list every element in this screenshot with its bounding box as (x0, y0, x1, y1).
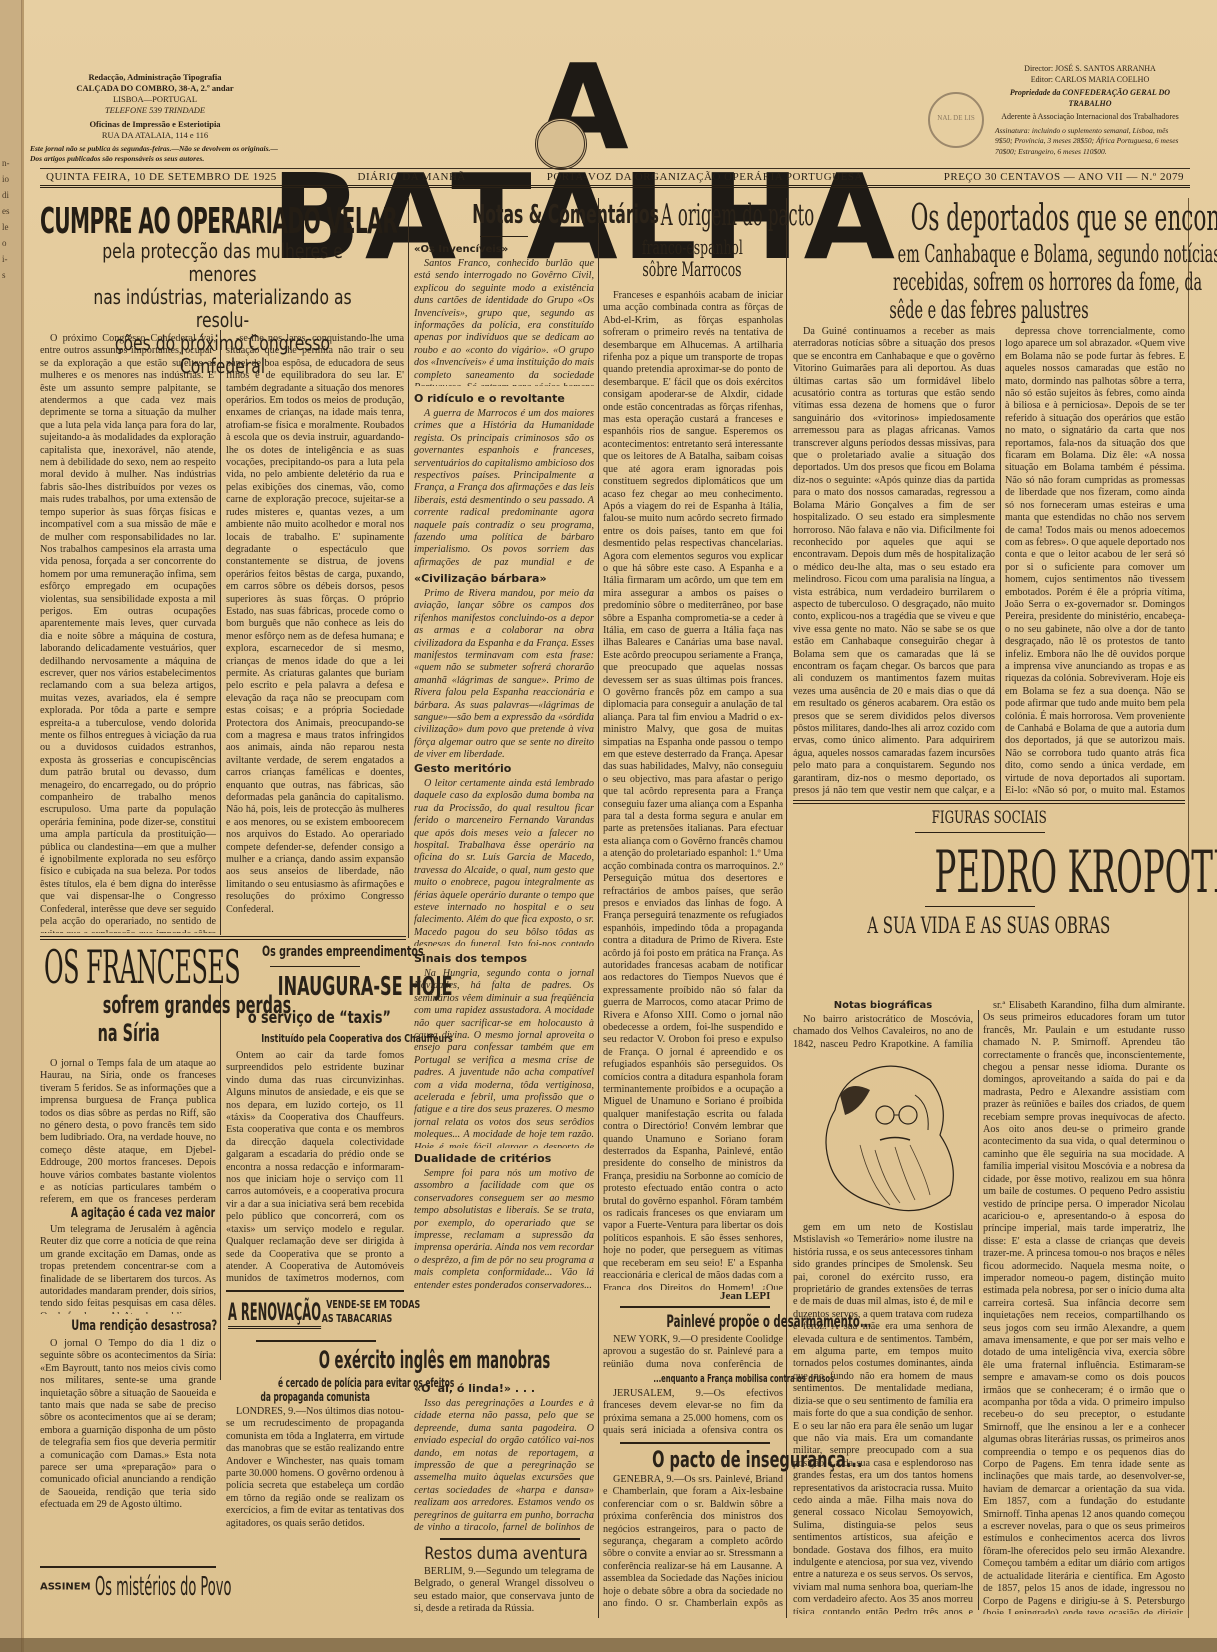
article-body: Franceses e espanhóis acabam de iniciar … (603, 290, 783, 1290)
ornamental-rule (620, 1442, 770, 1444)
article-body: GENEBRA, 9.—Os srs. Painlevé, Briand e C… (603, 1474, 783, 1610)
deck-taxis: o serviço de “taxis” (224, 1008, 404, 1028)
tagline: PORTA-VOZ DA ORGANIZAÇÃO OPERÁRIA PORTUG… (547, 171, 863, 183)
subscription-rates: Assinatura: incluindo o suplemento seman… (995, 126, 1185, 158)
article-body: Na Hungria, segundo conta o jornal Novid… (414, 968, 594, 1148)
ad-title: Os mistérios do Povo (95, 1572, 231, 1602)
margin-fragment: o (2, 235, 21, 251)
publication-note: Este jornal não se publica às segundas-f… (30, 144, 280, 164)
deck-line: sêde e das febres palustres (889, 296, 1088, 324)
deck-line: sôbre Marrocos (642, 258, 741, 280)
article-body: sr.ª Elisabeth Karandino, filha dum almi… (983, 1000, 1185, 1614)
deck-kropotkine: A SUA VIDA E AS SUAS OBRAS (790, 914, 1188, 939)
author-signature: Jean LEPI (720, 1290, 770, 1302)
article-body: O jornal O Tempo do dia 1 diz o seguinte… (40, 1338, 216, 1556)
ad-misterios[interactable]: ASSINEM Os mistérios do Povo (40, 1572, 218, 1606)
headline-deportados: Os deportados que se encontram (790, 198, 1188, 239)
article-body: Primo de Rivera mandou, por meio da avia… (414, 588, 594, 758)
deck-line: na Síria (98, 1020, 160, 1048)
masthead-left-block: Redacção, Administração Tipografia CALÇA… (30, 72, 280, 164)
kicker-figuras-sociais: FIGURAS SOCIAIS (790, 808, 1188, 828)
article-body: Isso das peregrinações a Lourdes e à cid… (414, 1398, 594, 1534)
article-body: Santos Franco, conhecido burlão que está… (414, 258, 594, 386)
article-body: depressa chove torrencialmente, como log… (1005, 326, 1185, 796)
masthead-right-block: Director: JOSÉ S. SANTOS ARRANHA Editor:… (995, 64, 1185, 157)
kicker-text: Os grandes empreendimentos (262, 944, 424, 960)
ornamental-rule (620, 1306, 770, 1308)
article-body: Da Guiné continuamos a receber as mais a… (793, 326, 995, 796)
ornamental-rule (440, 1538, 580, 1540)
deck-line: nas indústrias, materializando as resolu… (80, 286, 365, 332)
subheading: «Os Invencíveis» (414, 244, 508, 255)
edition: DIÁRIO DA MANHÃ (358, 171, 466, 183)
margin-fragment: es (2, 203, 21, 219)
section-divider (40, 1566, 216, 1568)
kicker-rule (915, 832, 1045, 833)
adjacent-page-margin: n- io di es le o i- s (0, 0, 22, 1652)
print-shop-address: RUA DA ATALAIA, 114 e 116 (30, 130, 280, 141)
sub-deck-taxis: Instituído pela Cooperativa dos Chauffeu… (224, 1032, 404, 1045)
ad-renovacao[interactable]: A RENOVAÇÃO VENDE-SE EM TODAS AS TABACAR… (226, 1296, 404, 1338)
subheading: O ridículo e o revoltante (414, 392, 565, 405)
headline-inseguranca: O pacto de insegurança... (598, 1448, 786, 1473)
headline-text: PEDRO KROPOTKINE (934, 838, 1217, 906)
deck-text: A SUA VIDA E AS SUAS OBRAS (867, 914, 1110, 939)
headline-kropotkine: PEDRO KROPOTKINE (790, 838, 1188, 906)
deck-deportados: em Canhabaque e Bolama, segundo notícias… (790, 240, 1188, 324)
article-body: A guerra de Marrocos é um dos maiores cr… (414, 408, 594, 568)
subheading: Dualidade de critérios (414, 1152, 551, 1165)
subheading: Notas biográficas (793, 1000, 973, 1011)
margin-fragment: io (2, 171, 21, 187)
deck-line: da propaganda comunista (260, 1390, 369, 1404)
section-divider (793, 800, 1185, 804)
street-address: CALÇADA DO COMBRO, 38-A, 2.º andar (30, 83, 280, 94)
article-body: Sempre foi para nós um motivo de assombr… (414, 1168, 594, 1376)
subheading-text: A agitação é cada vez maior (71, 1206, 215, 1221)
kicker-rule (270, 966, 360, 967)
page-bottom-edge (0, 1638, 1217, 1652)
price-issue-number: PREÇO 30 CENTAVOS — ANO VII — N.º 2079 (944, 171, 1184, 183)
article-body: O próximo Congresso Confederal vai, entr… (40, 333, 216, 933)
headline-notas: Notas & Comentários (410, 200, 598, 230)
page-edge (1188, 198, 1189, 1618)
city: LISBOA—PORTUGAL (30, 94, 280, 105)
heading-rule (480, 236, 528, 237)
article-body: Um telegrama de Jerusalém à agência Reut… (40, 1224, 216, 1314)
print-shop-label: Oficinas de Impressão e Esteriotipia (30, 119, 280, 130)
subheading: «O' ai, ó linda!» . . . (414, 1382, 535, 1395)
issue-date: QUINTA FEIRA, 10 DE SETEMBRO DE 1925 (46, 171, 277, 183)
subheading: Gesto meritório (414, 762, 511, 775)
headline-text: Os deportados que se encontram (911, 198, 1217, 239)
subheading-text: Uma rendição desastrosa? (71, 1318, 217, 1334)
margin-fragment: di (2, 187, 21, 203)
subheading: «Civilização bárbara» (414, 572, 547, 585)
headline-pacto: A origem do pacto (598, 198, 786, 233)
kicker: Os grandes empreendimentos (224, 944, 404, 960)
article-body: No bairro aristocrático de Moscóvia, cha… (793, 1014, 973, 1052)
headline-franceses: OS FRANCESES (44, 944, 240, 990)
headline-restos: Restos duma aventura (410, 1544, 598, 1564)
postmark-text: NAL DE LIS (937, 114, 974, 122)
subheading: Sinais dos tempos (414, 952, 527, 965)
section-divider (226, 1290, 404, 1292)
margin-fragment: le (2, 219, 21, 235)
article-body: NEW YORK, 9.—O presidente Coolidge aprov… (603, 1334, 783, 1372)
column-rule (598, 198, 599, 1618)
kropotkine-portrait-illustration (800, 1055, 980, 1220)
ad-prefix: ASSINEM (40, 1582, 91, 1593)
dateline-bar: QUINTA FEIRA, 10 DE SETEMBRO DE 1925 DIÁ… (40, 168, 1190, 188)
deck-exercito: é cercado de polícia para evitar os efei… (224, 1376, 406, 1404)
emblem-seal-icon (535, 118, 587, 170)
column-rule (220, 985, 221, 1380)
ad-line: AS TABACARIAS (322, 1312, 393, 1326)
deck-line: pela protecção das mulheres e menores (80, 240, 365, 286)
subheading: A agitação é cada vez maior (40, 1206, 216, 1221)
deck-franceses: sofrem grandes perdas na Síria (40, 992, 218, 1047)
article-body: gem em um neto de Kostislau Mstislavish … (793, 1222, 973, 1614)
article-body: O jornal o Temps fala de um ataque ao Ha… (40, 1058, 216, 1204)
column-rule (220, 330, 221, 935)
kicker-text: FIGURAS SOCIAIS (931, 808, 1046, 828)
headline-operariado: CUMPRE AO OPERARIADO VELAR (40, 204, 397, 240)
headline-painleve: Painlevé propõe o desarmamento... (598, 1312, 786, 1332)
postmark-stamp: NAL DE LIS (928, 92, 984, 148)
margin-fragment: s (2, 267, 21, 283)
margin-fragment: n- (2, 155, 21, 171)
director: Director: JOSÉ S. SANTOS ARRANHA (995, 64, 1185, 75)
telephone: TELEFONE 539 TRINDADE (30, 105, 280, 116)
deck-text: o serviço de “taxis” (248, 1008, 391, 1028)
deck-line: recebidas, sofrem os horrores da fome, d… (893, 268, 1202, 296)
deck-line: franco-espanhol (642, 236, 743, 258)
affiliation: Aderente à Associação Internacional dos … (995, 112, 1185, 123)
ad-text: VENDE-SE EM TODAS AS TABACARIAS (308, 1298, 404, 1326)
article-body: -se-lhe nos lares, conquistando-lhe uma … (226, 333, 404, 933)
editor: Editor: CARLOS MARIA COELHO (995, 75, 1185, 86)
heading-rule (925, 906, 1035, 907)
article-body: O leitor certamente ainda está lembrado … (414, 778, 594, 946)
headline-exercito: O exército inglês em manobras (224, 1346, 406, 1374)
article-body: BERLIM, 9.—Segundo um telegrama de Belgr… (414, 1566, 594, 1618)
column-rule (786, 198, 787, 1618)
column-rule (1000, 340, 1001, 800)
subheading: ...enquanto a França mobilisa contra os … (598, 1372, 786, 1385)
column-rule (408, 198, 409, 938)
ornamental-rule (256, 1340, 376, 1342)
headline-text: Restos duma aventura (424, 1544, 587, 1564)
subheading: Uma rendição desastrosa? (40, 1318, 216, 1334)
article-body: JERUSALEM, 9.—Os efectivos franceses dev… (603, 1388, 783, 1438)
ad-line: VENDE-SE EM TODAS (326, 1298, 420, 1312)
deck-pacto: franco-espanhol sôbre Marrocos (598, 236, 786, 280)
headline-taxis: INAUGURA-SE HOJE (224, 972, 404, 1002)
deck-line: em Canhabaque e Bolama, segundo notícias (898, 240, 1217, 268)
owner: Propriedade da CONFEDERAÇÃO GERAL DO TRA… (995, 88, 1185, 109)
margin-fragment: i- (2, 251, 21, 267)
article-body: Ontem ao cair da tarde fomos surpreendid… (226, 1050, 404, 1286)
article-body: LONDRES, 9.—Nos últimos dias notou-se um… (226, 1406, 404, 1606)
editorial-address-label: Redacção, Administração Tipografia (30, 72, 280, 83)
